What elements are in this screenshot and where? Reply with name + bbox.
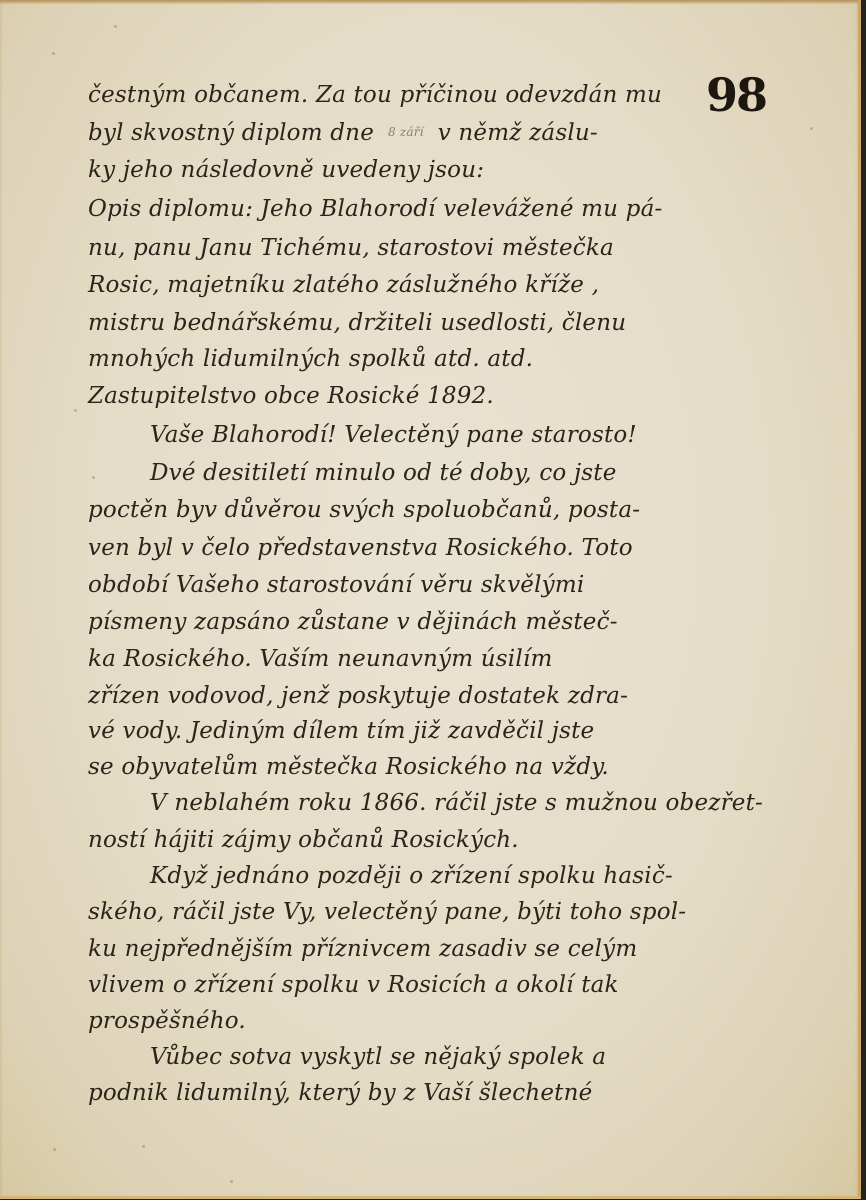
- text-line: ností hájiti zájmy občanů Rosických.: [88, 827, 519, 853]
- paper-speck: [74, 409, 77, 412]
- paragraph-start: Vůbec sotva vyskytl se nějaký spolek a: [150, 1044, 606, 1070]
- text-line: ku nejpřednějším příznivcem zasadiv se c…: [88, 936, 637, 962]
- text-line-end: v němž záslu-: [438, 120, 598, 146]
- text-line: ského, ráčil jste Vy, velectěný pane, bý…: [88, 899, 686, 925]
- text-line: Rosic, majetníku zlatého záslužného kříž…: [88, 272, 599, 298]
- text-line: byl skvostný diplom dne8 zářív němž zásl…: [88, 120, 598, 146]
- paper-speck: [230, 1180, 233, 1183]
- salutation-line: Vaše Blahorodí! Velectěný pane starosto!: [150, 422, 637, 448]
- paper-speck: [114, 25, 117, 28]
- paragraph-start: V neblahém roku 1866. ráčil jste s mužno…: [150, 790, 763, 816]
- text-line: vlivem o zřízení spolku v Rosicích a oko…: [88, 972, 619, 998]
- text-line: zřízen vodovod, jenž poskytuje dostatek …: [88, 683, 628, 709]
- text-line: mistru bednářskému, držiteli usedlosti, …: [88, 310, 626, 336]
- text-line-start: byl skvostný diplom dne: [88, 120, 374, 146]
- text-line: mnohých lidumilných spolků atd. atd.: [88, 346, 533, 372]
- text-line: vé vody. Jediným dílem tím již zavděčil …: [88, 718, 594, 744]
- pencil-date-annotation: 8 září: [388, 125, 424, 139]
- paper-speck: [810, 127, 813, 130]
- paragraph-start: Když jednáno později o zřízení spolku ha…: [150, 863, 673, 889]
- text-line: čestným občanem. Za tou příčinou odevzdá…: [88, 82, 662, 108]
- text-line: se obyvatelům městečka Rosického na vždy…: [88, 754, 609, 780]
- text-line: ky jeho následovně uvedeny jsou:: [88, 157, 484, 183]
- text-line: ka Rosického. Vaším neunavným úsilím: [88, 646, 552, 672]
- text-line: Opis diplomu: Jeho Blahorodí velevážené …: [88, 196, 663, 222]
- paper-speck: [53, 1148, 56, 1151]
- text-line: nu, panu Janu Tichému, starostovi městeč…: [88, 235, 614, 261]
- text-line: ven byl v čelo představenstva Rosického.…: [88, 535, 633, 561]
- paragraph-start: Dvé desitiletí minulo od té doby, co jst…: [150, 460, 617, 486]
- manuscript-page: 98 čestným občanem. Za tou příčinou odev…: [0, 0, 861, 1199]
- paper-speck: [142, 1145, 145, 1148]
- text-line: podnik lidumilný, který by z Vaší šleche…: [88, 1080, 592, 1106]
- paper-speck: [92, 476, 95, 479]
- text-line: období Vašeho starostování věru skvělými: [88, 572, 584, 598]
- text-line: písmeny zapsáno zůstane v dějinách měste…: [88, 609, 618, 635]
- paper-speck: [52, 52, 55, 55]
- page-number: 98: [706, 68, 766, 122]
- text-line: Zastupitelstvo obce Rosické 1892.: [88, 383, 494, 409]
- text-line: poctěn byv důvěrou svých spoluobčanů, po…: [88, 497, 640, 523]
- text-line: prospěšného.: [88, 1008, 246, 1034]
